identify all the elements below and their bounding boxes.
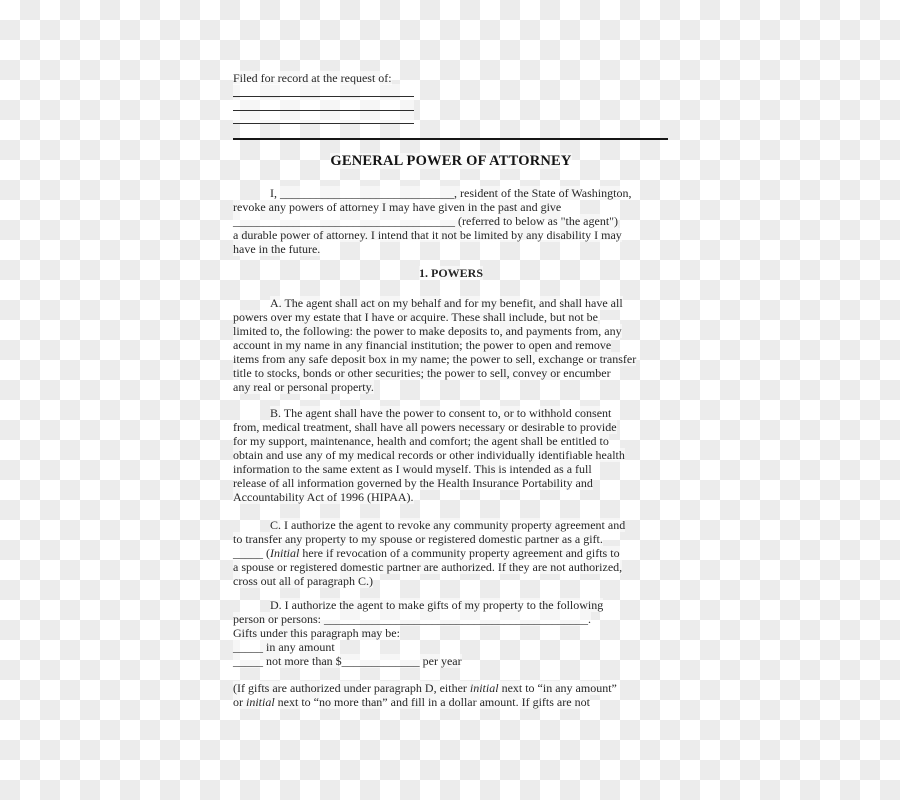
document-title: GENERAL POWER OF ATTORNEY [233, 153, 669, 170]
fill-in-line [233, 98, 414, 111]
paragraph-d: D. I authorize the agent to make gifts o… [233, 598, 669, 668]
filed-for-record-label: Filed for record at the request of: [233, 71, 669, 85]
fill-in-line [233, 111, 414, 124]
horizontal-rule [233, 138, 668, 140]
transparency-checkerboard-background: Filed for record at the request of: GENE… [0, 0, 900, 800]
paragraph-a: A. The agent shall act on my behalf and … [233, 296, 669, 394]
power-of-attorney-document: Filed for record at the request of: GENE… [233, 0, 669, 800]
section-heading-powers: 1. POWERS [233, 266, 669, 280]
paragraph-b: B. The agent shall have the power to con… [233, 406, 669, 504]
gifts-instruction-note: (If gifts are authorized under paragraph… [233, 681, 669, 709]
intro-paragraph: I, _____________________________, reside… [233, 186, 669, 256]
fill-in-line [233, 84, 414, 97]
paragraph-c: C. I authorize the agent to revoke any c… [233, 518, 669, 588]
